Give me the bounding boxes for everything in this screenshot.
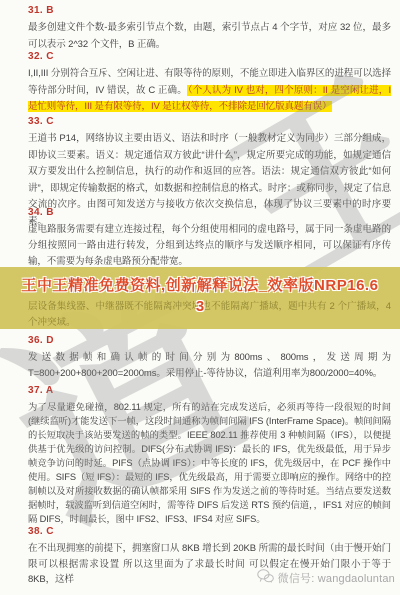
section-body: 最多创建文件个数-最多索引节点个数，由题，索引节点占 4 个字节，对应 32 位…: [28, 20, 391, 53]
section-header: 32. C: [28, 51, 391, 63]
section-body: 虚电路服务需要有建立连接过程，每个分组使用相同的虚电路号，属于同一条虚电路的分组…: [28, 222, 391, 270]
section-header: 33. C: [28, 116, 391, 128]
wechat-id-label: 微信号: wangdaoluntan: [278, 570, 395, 586]
answer-section-31: 31. B 最多创建文件个数-最多索引节点个数，由题，索引节点占 4 个字节，对…: [28, 5, 391, 53]
answer-section-36: 36. D 发送数据帧和确认帧的时间分别为800ms、800ms，发送周期为T=…: [28, 335, 391, 382]
answer-section-32: 32. C I,II,III 分别符合互斥、空闲让进、有限等待的原则，不能立即进…: [28, 51, 391, 116]
section-header: 37. A: [28, 385, 391, 397]
section-header: 34. B: [28, 207, 391, 219]
section-header: 38. C: [28, 526, 391, 538]
section-body: 为了尽量避免碰撞，802.11 规定，所有的站在完成发送后，必须再等待一段很短的…: [28, 400, 391, 526]
section-header: 31. B: [28, 5, 391, 17]
section-body: 发送数据帧和确认帧的时间分别为800ms、800ms，发送周期为T=800+20…: [28, 350, 391, 382]
promo-banner-title-wrap: 3: [0, 298, 400, 315]
section-header: 36. D: [28, 335, 391, 347]
wechat-footer: 微信号: wangdaoluntan: [257, 569, 395, 586]
answer-section-37: 37. A 为了尽量避免碰撞，802.11 规定，所有的站在完成发送后，必须再等…: [28, 385, 391, 526]
answer-section-34: 34. B 虚电路服务需要有建立连接过程，每个分组使用相同的虚电路号，属于同一条…: [28, 207, 391, 270]
promo-banner-title: 王中王精准免费资料,创新解释说法_效率版NRP16.6: [0, 274, 400, 295]
document-page: 王 道 31. B 最多创建文件个数-最多索引节点个数，由题，索引节点占 4 个…: [0, 0, 400, 595]
wechat-icon: [257, 569, 274, 586]
promo-banner: 层设备集线器、中继器既不能隔离冲突域也不能隔离广播域，题中共有 2 个广播域，4…: [0, 267, 400, 329]
section-body: I,II,III 分别符合互斥、空闲让进、有限等待的原则，不能立即进入临界区的进…: [28, 66, 391, 116]
